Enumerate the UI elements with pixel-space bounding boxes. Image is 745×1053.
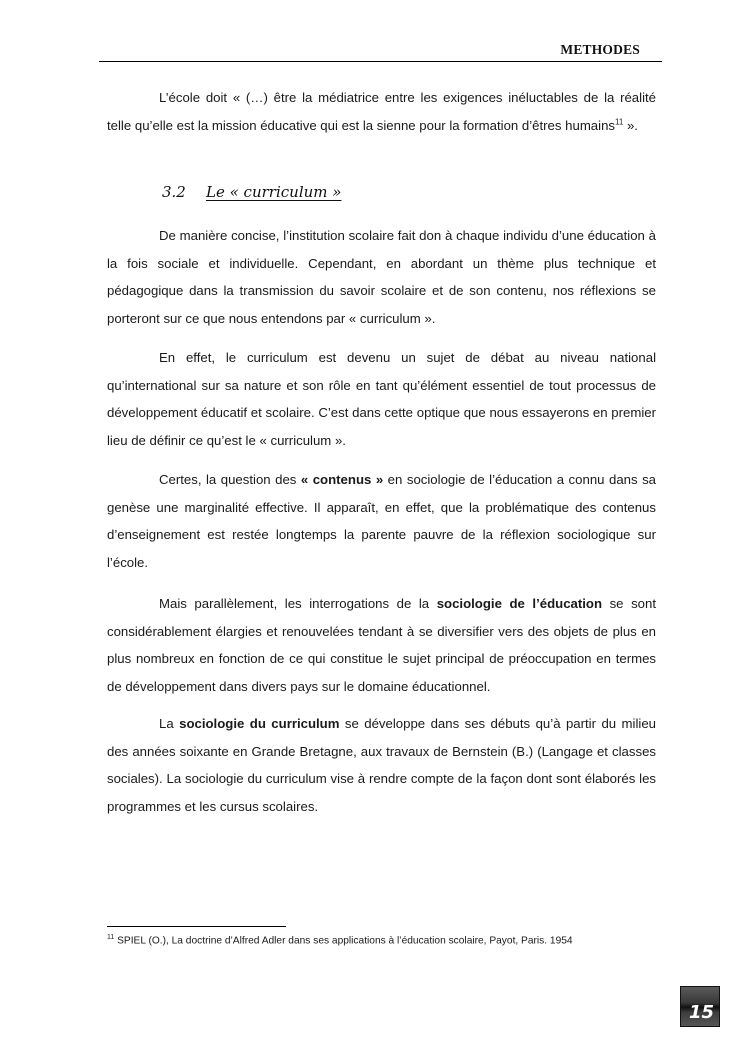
paragraph-text: En effet, le curriculum est devenu un su… <box>107 344 656 454</box>
footnote: 11 SPIEL (O.), La doctrine d’Alfred Adle… <box>107 934 573 946</box>
bold-term: sociologie du curriculum <box>179 716 339 731</box>
paragraph-text: De manière concise, l’institution scolai… <box>107 222 656 332</box>
footnote-text: SPIEL (O.), La doctrine d’Alfred Adler d… <box>114 935 572 946</box>
section-heading: 3.2Le « curriculum » <box>162 183 341 201</box>
paragraph-sociologie-education: Mais parallèlement, les interrogations d… <box>107 590 656 700</box>
header-rule <box>99 61 662 62</box>
page-number-badge: 15 <box>680 986 720 1027</box>
quote-text: L’école doit « (…) être la médiatrice en… <box>107 90 656 133</box>
document-page: METHODES L’école doit « (…) être la médi… <box>0 0 745 1053</box>
paragraph-sociologie-curriculum: La sociologie du curriculum se développe… <box>107 710 656 820</box>
text: La <box>159 716 179 731</box>
bold-term: « contenus » <box>301 472 383 487</box>
paragraph-quote: L’école doit « (…) être la médiatrice en… <box>107 84 656 139</box>
section-title: Le « curriculum » <box>206 183 341 201</box>
paragraph-intro: De manière concise, l’institution scolai… <box>107 222 656 332</box>
quote-tail: ». <box>623 118 638 133</box>
paragraph-debate: En effet, le curriculum est devenu un su… <box>107 344 656 454</box>
text: Certes, la question des <box>159 472 301 487</box>
running-header: METHODES <box>99 42 662 58</box>
section-number: 3.2 <box>162 183 206 201</box>
bold-term: sociologie de l’éducation <box>437 596 602 611</box>
text: Mais parallèlement, les interrogations d… <box>159 596 437 611</box>
footnote-separator <box>107 926 286 927</box>
paragraph-contenus: Certes, la question des « contenus » en … <box>107 466 656 576</box>
